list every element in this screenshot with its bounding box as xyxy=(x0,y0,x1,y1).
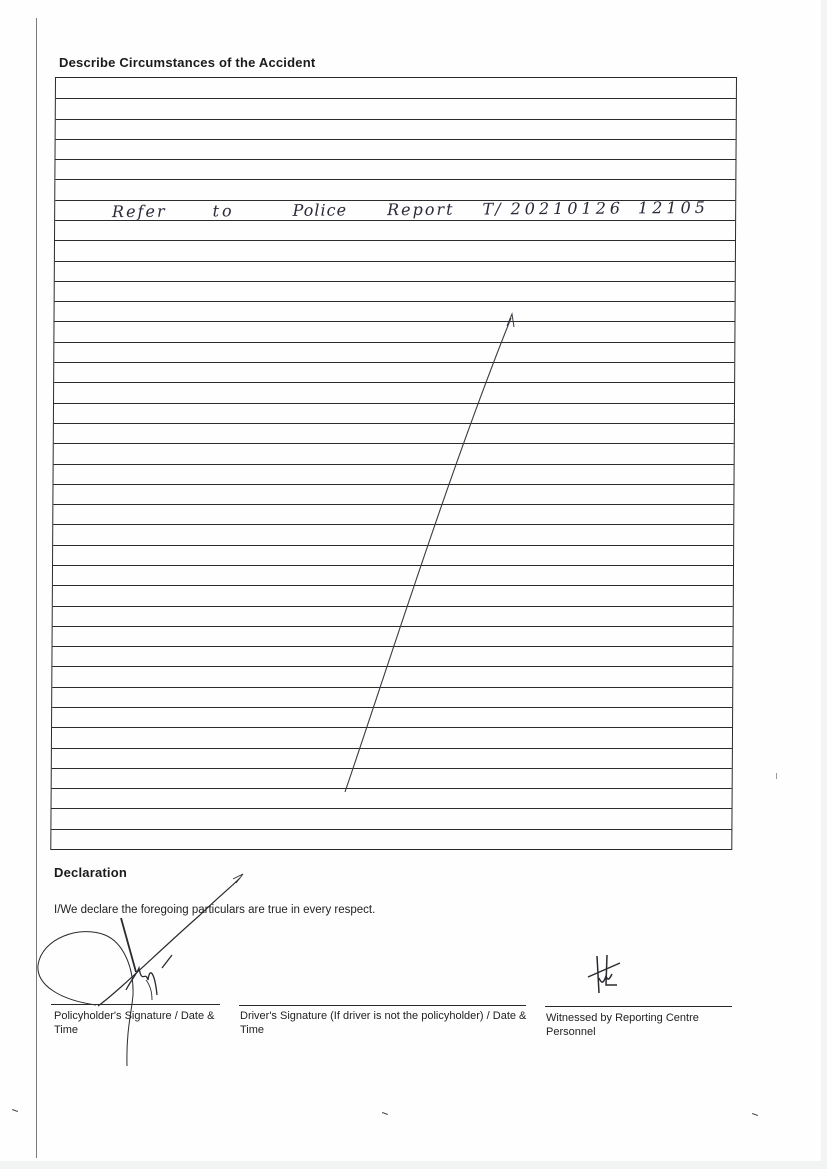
ruled-line xyxy=(55,261,735,262)
handwritten-word: 12105 xyxy=(638,198,709,217)
ruled-line xyxy=(54,443,734,444)
scan-speck xyxy=(382,1112,388,1115)
ruled-line xyxy=(52,768,732,769)
ruled-line xyxy=(52,666,732,667)
ruled-line xyxy=(55,281,735,282)
ruled-line xyxy=(54,464,734,465)
scan-edge-bottom xyxy=(0,1161,827,1169)
ruled-line xyxy=(55,179,735,180)
ruled-line xyxy=(53,545,733,546)
policyholder-signature-mark xyxy=(38,874,243,1066)
ruled-line xyxy=(53,606,733,607)
handwritten-word: T/ xyxy=(482,199,502,218)
ruled-line xyxy=(54,382,734,383)
ruled-line xyxy=(53,565,733,566)
circumstances-ruled-box[interactable] xyxy=(50,77,737,850)
ruled-line xyxy=(53,646,733,647)
ruled-line xyxy=(54,484,734,485)
ruled-line xyxy=(52,727,732,728)
ruled-line xyxy=(54,362,734,363)
handwritten-word: 20210126 xyxy=(511,199,625,219)
ruled-line xyxy=(53,626,733,627)
witness-signature-mark xyxy=(588,955,620,993)
ruled-line xyxy=(55,240,735,241)
ruled-line xyxy=(52,788,732,789)
scan-speck xyxy=(752,1113,758,1116)
witness-signature-label: Witnessed by Reporting Centre Personnel xyxy=(546,1011,736,1039)
ruled-line xyxy=(55,301,735,302)
declaration-statement: I/We declare the foregoing particulars a… xyxy=(54,904,375,916)
ruled-line xyxy=(52,808,732,809)
ruled-line xyxy=(55,321,735,322)
handwritten-word: Report xyxy=(387,200,455,219)
ruled-line xyxy=(56,98,736,99)
ruled-line xyxy=(56,119,736,120)
handwritten-word: to xyxy=(213,201,235,220)
scan-speck xyxy=(12,1109,18,1112)
handwritten-word: Refer xyxy=(112,202,167,221)
ruled-line xyxy=(56,139,736,140)
ruled-line xyxy=(53,504,733,505)
ruled-line xyxy=(54,342,734,343)
ruled-line xyxy=(53,585,733,586)
binding-margin-line xyxy=(36,18,37,1158)
witness-signature-line[interactable] xyxy=(545,1006,732,1007)
ruled-line xyxy=(52,748,732,749)
ruled-line xyxy=(52,687,732,688)
driver-signature-label: Driver's Signature (If driver is not the… xyxy=(240,1009,530,1037)
declaration-section-title: Declaration xyxy=(54,865,127,880)
scan-speck xyxy=(776,773,777,779)
ruled-line xyxy=(51,829,731,830)
policyholder-signature-line[interactable] xyxy=(51,1004,220,1005)
handwritten-word: Police xyxy=(293,200,348,219)
scanned-form-page: Describe Circumstances of the Accident R… xyxy=(0,0,827,1169)
ruled-line xyxy=(54,403,734,404)
ruled-line xyxy=(52,707,732,708)
scan-edge-right xyxy=(821,0,827,1169)
ruled-line xyxy=(55,159,735,160)
ruled-line xyxy=(53,524,733,525)
policyholder-signature-label: Policyholder's Signature / Date & Time xyxy=(54,1009,224,1037)
circumstances-section-title: Describe Circumstances of the Accident xyxy=(59,55,315,70)
driver-signature-line[interactable] xyxy=(239,1005,526,1006)
ruled-line xyxy=(54,423,734,424)
